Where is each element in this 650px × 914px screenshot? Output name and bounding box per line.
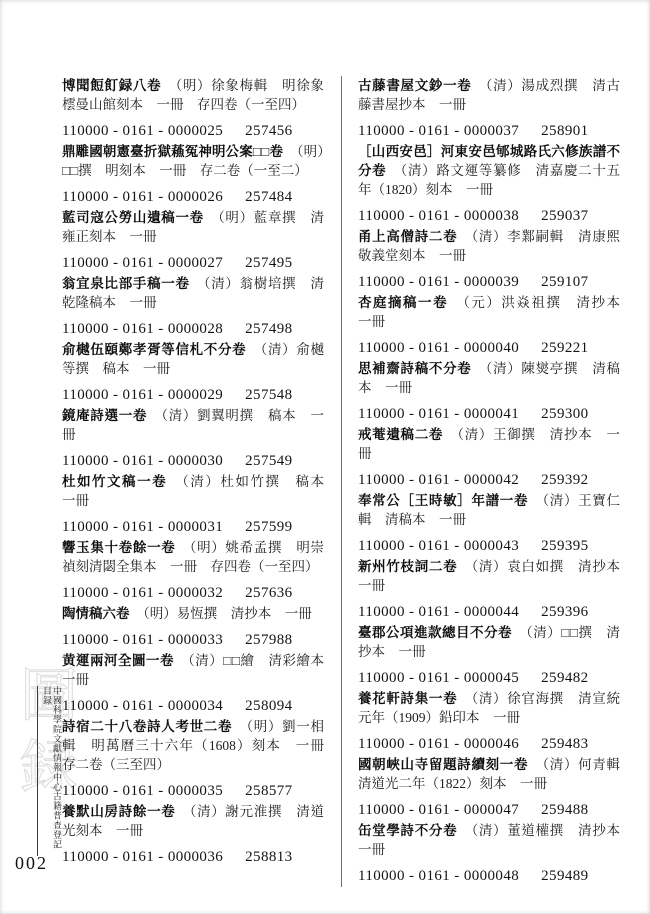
entry-id-line: 110000 - 0161 - 0000031257599 [62,518,324,537]
entry-title: 俞樾伍頤鄭孝胥等信札不分卷 [62,342,246,357]
entry-details: （清）路文運等纂修 清嘉慶二十五年（1820）刻本 一冊 [358,163,620,197]
catalog-entry: 響玉集十卷餘一卷 （明）姚希孟撰 明崇禎刻清閟全集本 一冊 存四卷（一至四） [62,538,324,576]
entry-id-line: 110000 - 0161 - 0000026257484 [62,188,324,207]
entry-census-number: 110000 - 0161 - 0000026 [62,189,223,205]
catalog-entry: 博聞餖飣録八卷 （明）徐象梅輯 明徐象橒曼山館刻本 一冊 存四卷（一至四） [62,76,324,114]
catalog-entry: 鏡庵詩選一卷 （清）劉翼明撰 稿本 一冊 [62,406,324,444]
entry-serial-number: 257549 [245,453,292,469]
catalog-entry: 缶堂學詩不分卷 （清）董道權撰 清抄本 一冊 [358,821,620,859]
entry-serial-number: 259396 [541,604,588,620]
entry-id-line: 110000 - 0161 - 0000036258813 [62,848,324,867]
entry-title: 養花軒詩集一卷 [358,691,457,706]
entry-serial-number: 259488 [541,802,588,818]
entry-serial-number: 258577 [245,783,292,799]
entry-title: 臺郡公項進款總目不分卷 [358,625,512,640]
entry-title: 黄運兩河全圖一卷 [62,653,174,668]
catalog-entry: 臺郡公項進款總目不分卷 （清）□□撰 清抄本 一冊 [358,623,620,661]
entry-census-number: 110000 - 0161 - 0000032 [62,585,223,601]
entry-census-number: 110000 - 0161 - 0000039 [358,274,519,290]
entry-id-line: 110000 - 0161 - 0000035258577 [62,782,324,801]
entry-serial-number: 257456 [245,123,292,139]
entry-census-number: 110000 - 0161 - 0000036 [62,849,223,865]
entry-census-number: 110000 - 0161 - 0000025 [62,123,223,139]
entry-census-number: 110000 - 0161 - 0000047 [358,802,519,818]
spine-catalog-title: 中國科學院文獻情報中心古籍普查登記目録 [37,686,62,856]
entry-title: 杏庭摘稿一卷 [358,295,448,310]
catalog-entry: 甬上高僧詩二卷 （清）李鄴嗣輯 清康熙敬義堂刻本 一冊 [358,227,620,265]
entry-id-line: 110000 - 0161 - 0000028257498 [62,320,324,339]
catalog-entry: 養默山房詩餘一卷 （清）謝元淮撰 清道光刻本 一冊 [62,802,324,840]
entry-census-number: 110000 - 0161 - 0000030 [62,453,223,469]
entry-serial-number: 259489 [541,868,588,884]
catalog-entry: 鼎雕國朝憲臺折獄蘓冤神明公案□□卷 （明）□□撰 明刻本 一冊 存二卷（一至二） [62,142,324,180]
entry-census-number: 110000 - 0161 - 0000037 [358,123,519,139]
entry-census-number: 110000 - 0161 - 0000046 [358,736,519,752]
entry-serial-number: 259482 [541,670,588,686]
catalog-page-body: 博聞餖飣録八卷 （明）徐象梅輯 明徐象橒曼山館刻本 一冊 存四卷（一至四）110… [0,0,650,887]
entry-serial-number: 257988 [245,632,292,648]
catalog-entry: ［山西安邑］河東安邑郇城路氏六修族譜不分卷 （清）路文運等纂修 清嘉慶二十五年（… [358,142,620,199]
catalog-entry: 古藤書屋文鈔一卷 （清）湯成烈撰 清古藤書屋抄本 一冊 [358,76,620,114]
entry-census-number: 110000 - 0161 - 0000029 [62,387,223,403]
catalog-entry: 戒菴遺稿二卷 （清）王御撰 清抄本 一冊 [358,425,620,463]
entry-census-number: 110000 - 0161 - 0000027 [62,255,223,271]
entry-serial-number: 259392 [541,472,588,488]
entry-serial-number: 257495 [245,255,292,271]
entry-census-number: 110000 - 0161 - 0000041 [358,406,519,422]
entry-serial-number: 257636 [245,585,292,601]
catalog-column-right: 古藤書屋文鈔一卷 （清）湯成烈撰 清古藤書屋抄本 一冊110000 - 0161… [341,76,620,887]
catalog-entry: 俞樾伍頤鄭孝胥等信札不分卷 （清）俞樾等撰 稿本 一冊 [62,340,324,378]
entry-title: 響玉集十卷餘一卷 [62,540,175,555]
entry-id-line: 110000 - 0161 - 0000042259392 [358,471,620,490]
entry-id-line: 110000 - 0161 - 0000025257456 [62,122,324,141]
catalog-entry: 國朝峽山寺留題詩續刻一卷 （清）何青輯 清道光二年（1822）刻本 一冊 [358,755,620,793]
entry-serial-number: 257498 [245,321,292,337]
entry-serial-number: 257484 [245,189,292,205]
catalog-entry: 杏庭摘稿一卷 （元）洪焱祖撰 清抄本 一冊 [358,293,620,331]
catalog-entry: 思補齋詩稿不分卷 （清）陳爕亭撰 清稿本 一冊 [358,359,620,397]
entry-id-line: 110000 - 0161 - 0000046259483 [358,735,620,754]
entry-details: （明）易恆撰 清抄本 一冊 [130,606,312,621]
entry-id-line: 110000 - 0161 - 0000043259395 [358,537,620,556]
entry-id-line: 110000 - 0161 - 0000039259107 [358,273,620,292]
entry-id-line: 110000 - 0161 - 0000029257548 [62,386,324,405]
catalog-entry: 新州竹枝詞二卷 （清）袁白如撰 清抄本 一冊 [358,557,620,595]
entry-serial-number: 258813 [245,849,292,865]
entry-census-number: 110000 - 0161 - 0000048 [358,868,519,884]
catalog-entry: 翁宜泉比部手稿一卷 （清）翁樹培撰 清乾隆稿本 一冊 [62,274,324,312]
entry-census-number: 110000 - 0161 - 0000040 [358,340,519,356]
entry-id-line: 110000 - 0161 - 0000044259396 [358,603,620,622]
entry-id-line: 110000 - 0161 - 0000033257988 [62,631,324,650]
entry-id-line: 110000 - 0161 - 0000027257495 [62,254,324,273]
entry-title: 國朝峽山寺留題詩續刻一卷 [358,757,528,772]
entry-title: 新州竹枝詞二卷 [358,559,457,574]
entry-serial-number: 257599 [245,519,292,535]
page-number: 002 [15,853,48,874]
catalog-entry: 養花軒詩集一卷 （清）徐官海撰 清宣統元年（1909）鉛印本 一冊 [358,689,620,727]
entry-serial-number: 259107 [541,274,588,290]
entry-title: 詩宿二十八卷詩人考世二卷 [62,719,232,734]
catalog-entry: 杜如竹文稿一卷 （清）杜如竹撰 稿本 一冊 [62,472,324,510]
entry-title: 鼎雕國朝憲臺折獄蘓冤神明公案□□卷 [62,144,283,159]
entry-serial-number: 259483 [541,736,588,752]
entry-census-number: 110000 - 0161 - 0000045 [358,670,519,686]
catalog-entry: 黄運兩河全圖一卷 （清）□□繪 清彩繪本 一冊 [62,651,324,689]
entry-serial-number: 257548 [245,387,292,403]
entry-title: 古藤書屋文鈔一卷 [358,78,471,93]
entry-title: 缶堂學詩不分卷 [358,823,457,838]
entry-serial-number: 258901 [541,123,588,139]
entry-serial-number: 259221 [541,340,588,356]
entry-serial-number: 258094 [245,698,292,714]
entry-title: 博聞餖飣録八卷 [62,78,161,93]
entry-id-line: 110000 - 0161 - 0000040259221 [358,339,620,358]
catalog-entry: 藍司寇公勞山遺稿一卷 （明）藍章撰 清雍正刻本 一冊 [62,208,324,246]
entry-census-number: 110000 - 0161 - 0000031 [62,519,223,535]
entry-serial-number: 259300 [541,406,588,422]
entry-title: 養默山房詩餘一卷 [62,804,175,819]
entry-id-line: 110000 - 0161 - 0000037258901 [358,122,620,141]
entry-serial-number: 259395 [541,538,588,554]
entry-census-number: 110000 - 0161 - 0000033 [62,632,223,648]
entry-title: 戒菴遺稿二卷 [358,427,443,442]
catalog-entry: 奉常公［王時敏］年譜一卷 （清）王寶仁輯 清稿本 一冊 [358,491,620,529]
entry-census-number: 110000 - 0161 - 0000035 [62,783,223,799]
entry-census-number: 110000 - 0161 - 0000042 [358,472,519,488]
entry-serial-number: 259037 [541,208,588,224]
entry-id-line: 110000 - 0161 - 0000038259037 [358,207,620,226]
entry-title: 藍司寇公勞山遺稿一卷 [62,210,204,225]
entry-title: 陶情稿六卷 [62,606,130,621]
entry-id-line: 110000 - 0161 - 0000048259489 [358,867,620,886]
entry-title: 甬上高僧詩二卷 [358,229,457,244]
entry-census-number: 110000 - 0161 - 0000034 [62,698,223,714]
entry-id-line: 110000 - 0161 - 0000041259300 [358,405,620,424]
entry-census-number: 110000 - 0161 - 0000038 [358,208,519,224]
entry-census-number: 110000 - 0161 - 0000028 [62,321,223,337]
entry-id-line: 110000 - 0161 - 0000032257636 [62,584,324,603]
entry-id-line: 110000 - 0161 - 0000047259488 [358,801,620,820]
catalog-column-left: 博聞餖飣録八卷 （明）徐象梅輯 明徐象橒曼山館刻本 一冊 存四卷（一至四）110… [62,76,324,887]
entry-title: 思補齋詩稿不分卷 [358,361,471,376]
catalog-entry: 詩宿二十八卷詩人考世二卷 （明）劉一相輯 明萬曆三十六年（1608）刻本 一冊 … [62,717,324,774]
entry-title: 鏡庵詩選一卷 [62,408,147,423]
catalog-entry: 陶情稿六卷 （明）易恆撰 清抄本 一冊 [62,604,324,623]
entry-census-number: 110000 - 0161 - 0000044 [358,604,519,620]
entry-id-line: 110000 - 0161 - 0000034258094 [62,697,324,716]
entry-title: 杜如竹文稿一卷 [62,474,167,489]
entry-title: 翁宜泉比部手稿一卷 [62,276,190,291]
entry-title: 奉常公［王時敏］年譜一卷 [358,493,528,508]
entry-census-number: 110000 - 0161 - 0000043 [358,538,519,554]
entry-id-line: 110000 - 0161 - 0000030257549 [62,452,324,471]
entry-id-line: 110000 - 0161 - 0000045259482 [358,669,620,688]
